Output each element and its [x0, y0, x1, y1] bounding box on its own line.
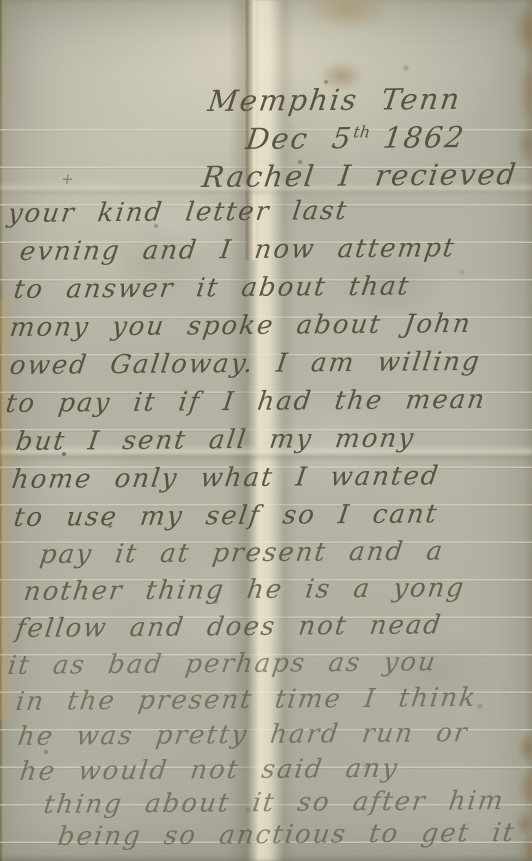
letter-line: he would not said any [18, 754, 401, 787]
letter-line: home only what I wanted [10, 461, 442, 495]
letter-line: it as bad perhaps as you [6, 647, 439, 681]
letter-line: thing about it so after him [42, 786, 507, 820]
letter-line: to pay it if I had the mean [4, 385, 488, 419]
heading-date: Dec 5th1862 [244, 120, 468, 156]
letter-line: fellow and does not nead [14, 610, 444, 644]
date-ordinal-suffix: th [352, 122, 371, 141]
date-year: 1862 [381, 120, 467, 155]
letter-line: your kind letter last [6, 196, 350, 229]
letter-line: to use my self so I cant [12, 499, 440, 533]
salutation-line: Rachel I recieved [200, 157, 520, 194]
margin-pen-mark: + [60, 170, 77, 188]
stain-top-right-edge [492, 0, 532, 170]
letter-line: owed Galloway. I am willing [8, 347, 483, 381]
letter-line: to answer it about that [12, 272, 412, 305]
letter-line: mony you spoke about John [8, 309, 474, 343]
letter-line: nother thing he is a yong [22, 573, 467, 607]
heading-place: Memphis Tenn [206, 82, 463, 118]
letter-line: evning and I now attempt [18, 233, 457, 267]
letter-line: being so anctious to get it [56, 818, 517, 852]
date-day: Dec 5 [244, 121, 355, 156]
letter-line: but I sent all my mony [14, 424, 417, 457]
stain-top-center [296, 0, 426, 95]
letter-line: pay it at present and a [38, 536, 446, 570]
letter-line: he was pretty hard run or [16, 718, 470, 752]
letter-photo: Memphis Tenn Dec 5th1862 + Rachel I reci… [0, 0, 532, 861]
letter-line: in the present time I think [14, 683, 479, 717]
